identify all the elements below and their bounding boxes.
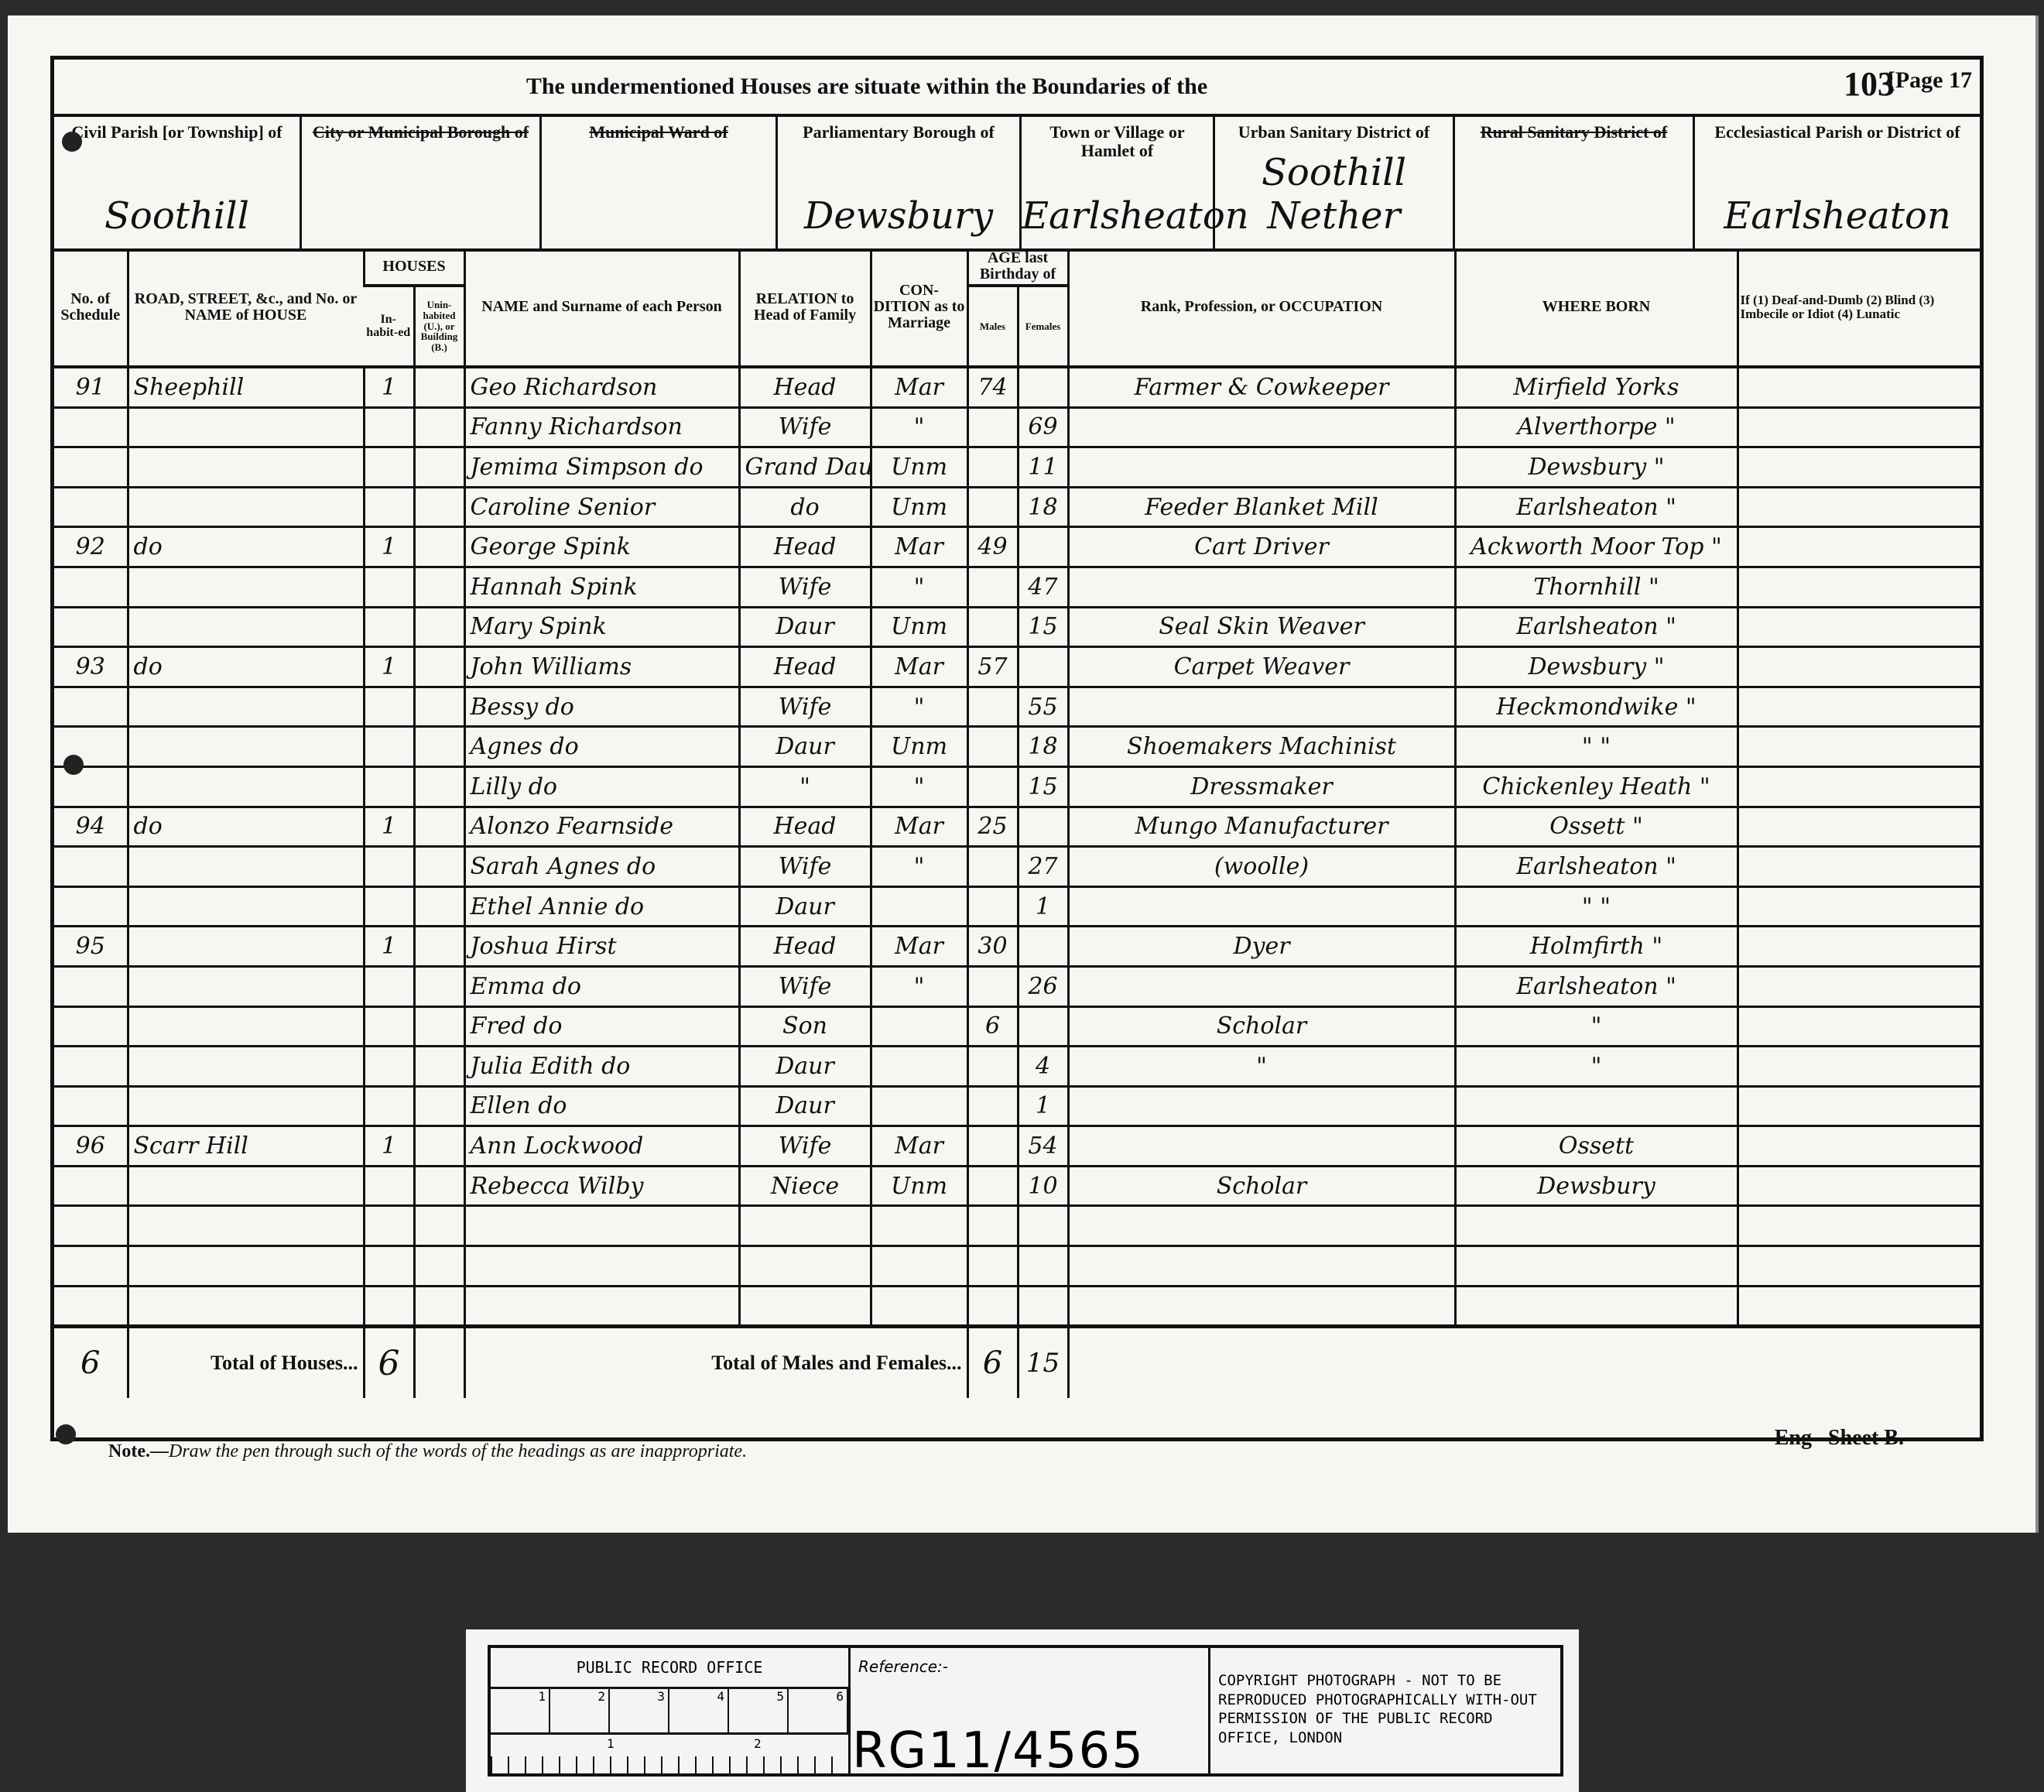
scale-tick: 5 bbox=[729, 1689, 789, 1732]
cell-infirmity bbox=[1738, 1006, 1980, 1047]
cell-schedule bbox=[54, 687, 128, 727]
cell-schedule bbox=[54, 886, 128, 927]
col-houses: HOUSES bbox=[364, 248, 464, 286]
ecclesiastical-parish: Ecclesiastical Parish or District of Ear… bbox=[1695, 117, 1980, 248]
cell-where-born: Earlsheaton " bbox=[1455, 847, 1738, 887]
scale-inch: 1 2 bbox=[491, 1735, 848, 1773]
cell-female-age: 15 bbox=[1018, 766, 1068, 807]
cell-road bbox=[128, 1246, 364, 1287]
cell-female-age bbox=[1018, 1286, 1068, 1327]
col-uninhabited: Unin-habited (U.), or Building (B.) bbox=[414, 286, 464, 367]
cell-relation: " bbox=[739, 766, 871, 807]
cell-condition: Unm bbox=[871, 727, 967, 767]
census-form: The undermentioned Houses are situate wi… bbox=[50, 56, 1984, 1441]
cell-condition: Unm bbox=[871, 487, 967, 527]
cell-name bbox=[464, 1206, 739, 1246]
cell-inhabited bbox=[364, 607, 414, 647]
cell-relation: Daur bbox=[739, 1086, 871, 1126]
cell-infirmity bbox=[1738, 1126, 1980, 1167]
cell-male-age: 49 bbox=[967, 527, 1018, 567]
cell-condition: " bbox=[871, 567, 967, 607]
cell-occupation: Dressmaker bbox=[1068, 766, 1455, 807]
civil-parish-label: Civil Parish [or Township] of bbox=[54, 117, 300, 142]
col-road: ROAD, STREET, &c., and No. or NAME of HO… bbox=[128, 248, 364, 367]
cell-female-age: 26 bbox=[1018, 966, 1068, 1006]
cell-female-age bbox=[1018, 527, 1068, 567]
cell-occupation: Cart Driver bbox=[1068, 527, 1455, 567]
cell-uninhabited bbox=[414, 1206, 464, 1246]
cell-female-age: 18 bbox=[1018, 727, 1068, 767]
cell-male-age bbox=[967, 1286, 1018, 1327]
cell-where-born: Mirfield Yorks bbox=[1455, 367, 1738, 407]
cell-male-age bbox=[967, 966, 1018, 1006]
cell-condition: " bbox=[871, 847, 967, 887]
punch-hole-icon bbox=[56, 1424, 76, 1444]
col-relation: RELATION to Head of Family bbox=[739, 248, 871, 367]
cell-relation: Wife bbox=[739, 1126, 871, 1167]
page-number: [Page 17 bbox=[1888, 67, 1972, 94]
cell-infirmity bbox=[1738, 1047, 1980, 1087]
cell-female-age bbox=[1018, 927, 1068, 967]
cell-inhabited: 1 bbox=[364, 1126, 414, 1167]
cell-name: Fred do bbox=[464, 1006, 739, 1047]
cell-condition: Mar bbox=[871, 1126, 967, 1167]
table-row: Hannah SpinkWife"47Thornhill " bbox=[54, 567, 1980, 607]
cell-infirmity bbox=[1738, 727, 1980, 767]
cell-occupation: Scholar bbox=[1068, 1006, 1455, 1047]
cell-inhabited bbox=[364, 567, 414, 607]
cell-uninhabited bbox=[414, 367, 464, 407]
cell-occupation bbox=[1068, 447, 1455, 488]
cell-female-age: 55 bbox=[1018, 687, 1068, 727]
cell-where-born: " bbox=[1455, 1006, 1738, 1047]
cell-where-born: Chickenley Heath " bbox=[1455, 766, 1738, 807]
cell-where-born: Dewsbury " bbox=[1455, 647, 1738, 687]
table-row: Fanny RichardsonWife"69Alverthorpe " bbox=[54, 407, 1980, 447]
cell-female-age bbox=[1018, 367, 1068, 407]
cell-condition bbox=[871, 1206, 967, 1246]
cell-occupation: Shoemakers Machinist bbox=[1068, 727, 1455, 767]
cell-male-age bbox=[967, 607, 1018, 647]
totals-blank bbox=[1068, 1327, 1980, 1399]
cell-road bbox=[128, 447, 364, 488]
cell-male-age bbox=[967, 847, 1018, 887]
cell-inhabited bbox=[364, 1206, 414, 1246]
cell-male-age bbox=[967, 447, 1018, 488]
cell-female-age: 18 bbox=[1018, 487, 1068, 527]
cell-male-age bbox=[967, 766, 1018, 807]
cell-name bbox=[464, 1286, 739, 1327]
cell-uninhabited bbox=[414, 687, 464, 727]
cell-occupation bbox=[1068, 407, 1455, 447]
cell-road: Scarr Hill bbox=[128, 1126, 364, 1167]
cell-schedule bbox=[54, 567, 128, 607]
cell-name: Ann Lockwood bbox=[464, 1126, 739, 1167]
table-row: Ellen doDaur1 bbox=[54, 1086, 1980, 1126]
cell-inhabited bbox=[364, 886, 414, 927]
parliamentary-borough-value: Dewsbury bbox=[778, 194, 1019, 238]
scale-cm: 1 2 3 4 5 6 bbox=[491, 1689, 848, 1735]
cell-uninhabited bbox=[414, 407, 464, 447]
cell-name: Ellen do bbox=[464, 1086, 739, 1126]
total-houses-inhabited: 6 bbox=[364, 1327, 414, 1399]
cell-occupation: Feeder Blanket Mill bbox=[1068, 487, 1455, 527]
cell-road bbox=[128, 1166, 364, 1206]
cell-infirmity bbox=[1738, 847, 1980, 887]
table-row: Mary SpinkDaurUnm15Seal Skin WeaverEarls… bbox=[54, 607, 1980, 647]
cell-inhabited: 1 bbox=[364, 807, 414, 847]
cell-female-age bbox=[1018, 1246, 1068, 1287]
table-row: 92do1George SpinkHeadMar49Cart DriverAck… bbox=[54, 527, 1980, 567]
cell-schedule: 95 bbox=[54, 927, 128, 967]
cell-road bbox=[128, 487, 364, 527]
cell-relation: Head bbox=[739, 367, 871, 407]
cell-inhabited bbox=[364, 687, 414, 727]
table-row: Jemima Simpson doGrand DaurUnm11Dewsbury… bbox=[54, 447, 1980, 488]
cell-schedule bbox=[54, 407, 128, 447]
cell-road bbox=[128, 766, 364, 807]
cell-where-born: Earlsheaton " bbox=[1455, 487, 1738, 527]
cell-female-age bbox=[1018, 807, 1068, 847]
cell-occupation bbox=[1068, 567, 1455, 607]
cell-female-age: 69 bbox=[1018, 407, 1068, 447]
town-village-label: Town or Village or Hamlet of bbox=[1022, 117, 1213, 160]
cell-uninhabited bbox=[414, 647, 464, 687]
cell-male-age bbox=[967, 687, 1018, 727]
cell-relation: Daur bbox=[739, 886, 871, 927]
cell-uninhabited bbox=[414, 1047, 464, 1087]
cell-condition: Mar bbox=[871, 647, 967, 687]
cell-road bbox=[128, 886, 364, 927]
cell-infirmity bbox=[1738, 1246, 1980, 1287]
footnote-text: Draw the pen through such of the words o… bbox=[169, 1441, 747, 1461]
cell-condition: Unm bbox=[871, 607, 967, 647]
cell-male-age bbox=[967, 1047, 1018, 1087]
cell-where-born bbox=[1455, 1086, 1738, 1126]
cell-male-age bbox=[967, 1166, 1018, 1206]
cell-occupation bbox=[1068, 687, 1455, 727]
table-row: 93do1John WilliamsHeadMar57Carpet Weaver… bbox=[54, 647, 1980, 687]
cell-road bbox=[128, 567, 364, 607]
cell-schedule: 92 bbox=[54, 527, 128, 567]
cell-road bbox=[128, 1006, 364, 1047]
cell-female-age: 27 bbox=[1018, 847, 1068, 887]
pro-reference-panel: Reference:- RG11/4565 bbox=[851, 1648, 1210, 1773]
cell-male-age: 6 bbox=[967, 1006, 1018, 1047]
punch-hole-icon bbox=[63, 755, 84, 775]
cell-occupation: Mungo Manufacturer bbox=[1068, 807, 1455, 847]
cell-male-age: 30 bbox=[967, 927, 1018, 967]
cell-schedule: 94 bbox=[54, 807, 128, 847]
cell-name: Alonzo Fearnside bbox=[464, 807, 739, 847]
cell-relation bbox=[739, 1246, 871, 1287]
total-persons-label: Total of Males and Females... bbox=[464, 1327, 967, 1399]
cell-condition: " bbox=[871, 407, 967, 447]
table-row: Sarah Agnes doWife"27(woolle)Earlsheaton… bbox=[54, 847, 1980, 887]
total-schedules: 6 bbox=[54, 1327, 128, 1399]
cell-infirmity bbox=[1738, 367, 1980, 407]
cell-name: Hannah Spink bbox=[464, 567, 739, 607]
col-females: Females bbox=[1018, 286, 1068, 367]
cell-occupation bbox=[1068, 886, 1455, 927]
municipal-borough: City or Municipal Borough of bbox=[302, 117, 542, 248]
cell-relation: Wife bbox=[739, 847, 871, 887]
cell-condition: " bbox=[871, 766, 967, 807]
total-males: 6 bbox=[967, 1327, 1018, 1399]
cell-schedule bbox=[54, 1286, 128, 1327]
location-header: Civil Parish [or Township] of Soothill C… bbox=[54, 114, 1980, 252]
cell-occupation bbox=[1068, 1126, 1455, 1167]
cell-where-born: " " bbox=[1455, 886, 1738, 927]
cell-female-age: 4 bbox=[1018, 1047, 1068, 1087]
total-females: 15 bbox=[1018, 1327, 1068, 1399]
cell-occupation bbox=[1068, 1086, 1455, 1126]
cell-condition: Mar bbox=[871, 927, 967, 967]
cell-infirmity bbox=[1738, 807, 1980, 847]
cell-where-born: " bbox=[1455, 1047, 1738, 1087]
table-row: 96Scarr Hill1Ann LockwoodWifeMar54Ossett bbox=[54, 1126, 1980, 1167]
cell-inhabited: 1 bbox=[364, 367, 414, 407]
cell-relation: Daur bbox=[739, 727, 871, 767]
cell-condition: Mar bbox=[871, 527, 967, 567]
cell-uninhabited bbox=[414, 1166, 464, 1206]
cell-female-age: 1 bbox=[1018, 886, 1068, 927]
cell-female-age: 10 bbox=[1018, 1166, 1068, 1206]
cell-uninhabited bbox=[414, 966, 464, 1006]
col-name: NAME and Surname of each Person bbox=[464, 248, 739, 367]
civil-parish: Civil Parish [or Township] of Soothill bbox=[54, 117, 302, 248]
cell-condition: " bbox=[871, 966, 967, 1006]
cell-uninhabited bbox=[414, 1126, 464, 1167]
cell-relation: Wife bbox=[739, 407, 871, 447]
cell-occupation: Dyer bbox=[1068, 927, 1455, 967]
cell-male-age bbox=[967, 727, 1018, 767]
ecclesiastical-parish-label: Ecclesiastical Parish or District of bbox=[1695, 117, 1980, 142]
cell-relation: Daur bbox=[739, 607, 871, 647]
cell-male-age: 57 bbox=[967, 647, 1018, 687]
cell-infirmity bbox=[1738, 407, 1980, 447]
cell-inhabited bbox=[364, 447, 414, 488]
cell-road bbox=[128, 1086, 364, 1126]
punch-hole-icon bbox=[62, 132, 82, 152]
table-row: 94do1Alonzo FearnsideHeadMar25Mungo Manu… bbox=[54, 807, 1980, 847]
cell-inhabited: 1 bbox=[364, 927, 414, 967]
household-table: No. of Schedule ROAD, STREET, &c., and N… bbox=[54, 248, 1980, 1398]
cell-uninhabited bbox=[414, 567, 464, 607]
table-row: 91Sheephill1Geo RichardsonHeadMar74Farme… bbox=[54, 367, 1980, 407]
municipal-borough-label: City or Municipal Borough of bbox=[302, 117, 539, 142]
cell-infirmity bbox=[1738, 687, 1980, 727]
cell-schedule bbox=[54, 847, 128, 887]
scale-tick: 6 bbox=[789, 1689, 848, 1732]
cell-relation bbox=[739, 1206, 871, 1246]
cell-name: Sarah Agnes do bbox=[464, 847, 739, 887]
col-condition: CON-DITION as to Marriage bbox=[871, 248, 967, 367]
cell-where-born: Earlsheaton " bbox=[1455, 607, 1738, 647]
cell-schedule bbox=[54, 1206, 128, 1246]
cell-schedule: 96 bbox=[54, 1126, 128, 1167]
total-houses-uninhabited bbox=[414, 1327, 464, 1399]
cell-name: George Spink bbox=[464, 527, 739, 567]
cell-relation bbox=[739, 1286, 871, 1327]
cell-where-born: Alverthorpe " bbox=[1455, 407, 1738, 447]
pro-office-title: PUBLIC RECORD OFFICE bbox=[491, 1648, 848, 1689]
cell-where-born bbox=[1455, 1286, 1738, 1327]
cell-road bbox=[128, 966, 364, 1006]
cell-male-age bbox=[967, 567, 1018, 607]
cell-where-born: Earlsheaton " bbox=[1455, 966, 1738, 1006]
cell-condition: Mar bbox=[871, 367, 967, 407]
cell-female-age: 15 bbox=[1018, 607, 1068, 647]
cell-uninhabited bbox=[414, 927, 464, 967]
cell-male-age bbox=[967, 886, 1018, 927]
census-sheet: The undermentioned Houses are situate wi… bbox=[8, 15, 2039, 1533]
cell-name: Fanny Richardson bbox=[464, 407, 739, 447]
cell-schedule bbox=[54, 1047, 128, 1087]
cell-inhabited: 1 bbox=[364, 527, 414, 567]
cell-name: John Williams bbox=[464, 647, 739, 687]
cell-relation: Head bbox=[739, 647, 871, 687]
cell-uninhabited bbox=[414, 1086, 464, 1126]
cell-condition: " bbox=[871, 687, 967, 727]
pro-scale-panel: PUBLIC RECORD OFFICE 1 2 3 4 5 6 1 2 bbox=[491, 1648, 851, 1773]
cell-male-age bbox=[967, 487, 1018, 527]
col-schedule: No. of Schedule bbox=[54, 248, 128, 367]
cell-inhabited bbox=[364, 847, 414, 887]
cell-infirmity bbox=[1738, 886, 1980, 927]
cell-relation: Wife bbox=[739, 567, 871, 607]
cell-relation: Head bbox=[739, 807, 871, 847]
cell-infirmity bbox=[1738, 1206, 1980, 1246]
cell-road bbox=[128, 607, 364, 647]
cell-where-born: Holmfirth " bbox=[1455, 927, 1738, 967]
cell-relation: do bbox=[739, 487, 871, 527]
cell-infirmity bbox=[1738, 927, 1980, 967]
cell-relation: Son bbox=[739, 1006, 871, 1047]
cell-road bbox=[128, 847, 364, 887]
cell-schedule bbox=[54, 1246, 128, 1287]
table-row: Emma doWife"26Earlsheaton " bbox=[54, 966, 1980, 1006]
cell-male-age bbox=[967, 1206, 1018, 1246]
cell-inhabited bbox=[364, 727, 414, 767]
cell-female-age bbox=[1018, 1206, 1068, 1246]
cell-inhabited bbox=[364, 407, 414, 447]
cell-occupation: Farmer & Cowkeeper bbox=[1068, 367, 1455, 407]
parliamentary-borough: Parliamentary Borough of Dewsbury bbox=[778, 117, 1022, 248]
scale-tick: 2 bbox=[550, 1689, 610, 1732]
cell-occupation: Carpet Weaver bbox=[1068, 647, 1455, 687]
cell-road bbox=[128, 687, 364, 727]
table-row bbox=[54, 1286, 1980, 1327]
cell-where-born: Dewsbury bbox=[1455, 1166, 1738, 1206]
cell-condition: Unm bbox=[871, 1166, 967, 1206]
cell-name: Mary Spink bbox=[464, 607, 739, 647]
cell-infirmity bbox=[1738, 1286, 1980, 1327]
urban-sanitary-district: Urban Sanitary District of Soothill Neth… bbox=[1215, 117, 1455, 248]
cell-female-age: 1 bbox=[1018, 1086, 1068, 1126]
cell-male-age: 25 bbox=[967, 807, 1018, 847]
cell-inhabited bbox=[364, 1286, 414, 1327]
cell-condition bbox=[871, 1286, 967, 1327]
cell-name: Rebecca Wilby bbox=[464, 1166, 739, 1206]
cell-road bbox=[128, 1286, 364, 1327]
table-row bbox=[54, 1206, 1980, 1246]
cell-road bbox=[128, 1206, 364, 1246]
cell-condition bbox=[871, 1047, 967, 1087]
cell-schedule bbox=[54, 966, 128, 1006]
cell-uninhabited bbox=[414, 1006, 464, 1047]
cell-relation: Daur bbox=[739, 1047, 871, 1087]
col-where-born: WHERE BORN bbox=[1455, 248, 1738, 367]
cell-road bbox=[128, 1047, 364, 1087]
pro-reference-label: PUBLIC RECORD OFFICE 1 2 3 4 5 6 1 2 Ref… bbox=[466, 1629, 1579, 1792]
cell-female-age bbox=[1018, 647, 1068, 687]
total-houses-label: Total of Houses... bbox=[128, 1327, 364, 1399]
cell-schedule bbox=[54, 1006, 128, 1047]
cell-name: Joshua Hirst bbox=[464, 927, 739, 967]
cell-infirmity bbox=[1738, 647, 1980, 687]
cell-condition: Mar bbox=[871, 807, 967, 847]
cell-inhabited bbox=[364, 966, 414, 1006]
parliamentary-borough-label: Parliamentary Borough of bbox=[778, 117, 1019, 142]
cell-condition bbox=[871, 886, 967, 927]
cell-relation: Head bbox=[739, 927, 871, 967]
cell-name bbox=[464, 1246, 739, 1287]
cell-schedule bbox=[54, 487, 128, 527]
cell-road bbox=[128, 927, 364, 967]
cell-inhabited bbox=[364, 766, 414, 807]
cell-name: Geo Richardson bbox=[464, 367, 739, 407]
rural-sanitary-label: Rural Sanitary District of bbox=[1455, 117, 1693, 142]
cell-name: Julia Edith do bbox=[464, 1047, 739, 1087]
cell-occupation bbox=[1068, 1286, 1455, 1327]
form-title: The undermentioned Houses are situate wi… bbox=[54, 74, 1679, 100]
cell-relation: Niece bbox=[739, 1166, 871, 1206]
ecclesiastical-parish-value: Earlsheaton bbox=[1695, 194, 1980, 238]
cell-road: Sheephill bbox=[128, 367, 364, 407]
cell-male-age bbox=[967, 1246, 1018, 1287]
cell-name: Agnes do bbox=[464, 727, 739, 767]
cell-uninhabited bbox=[414, 727, 464, 767]
cell-name: Lilly do bbox=[464, 766, 739, 807]
col-age: AGE last Birthday of bbox=[967, 248, 1068, 286]
cell-uninhabited bbox=[414, 607, 464, 647]
cell-occupation bbox=[1068, 1206, 1455, 1246]
table-row: Fred doSon6Scholar" bbox=[54, 1006, 1980, 1047]
cell-relation: Wife bbox=[739, 687, 871, 727]
table-row bbox=[54, 1246, 1980, 1287]
cell-schedule bbox=[54, 607, 128, 647]
cell-uninhabited bbox=[414, 1286, 464, 1327]
cell-uninhabited bbox=[414, 766, 464, 807]
table-row: Ethel Annie doDaur1" " bbox=[54, 886, 1980, 927]
cell-name: Caroline Senior bbox=[464, 487, 739, 527]
cell-where-born: Ackworth Moor Top " bbox=[1455, 527, 1738, 567]
cell-where-born bbox=[1455, 1206, 1738, 1246]
sheet-label: Eng– Sheet B. bbox=[1775, 1426, 1904, 1451]
table-row: Agnes doDaurUnm18Shoemakers Machinist" " bbox=[54, 727, 1980, 767]
cell-female-age bbox=[1018, 1006, 1068, 1047]
scale-tick: 2 bbox=[754, 1736, 762, 1751]
cell-schedule: 91 bbox=[54, 367, 128, 407]
cell-where-born: Thornhill " bbox=[1455, 567, 1738, 607]
town-village: Town or Village or Hamlet of Earlsheaton bbox=[1022, 117, 1215, 248]
reference-label: Reference:- bbox=[858, 1657, 948, 1676]
table-row: Lilly do""15DressmakerChickenley Heath " bbox=[54, 766, 1980, 807]
cell-schedule bbox=[54, 447, 128, 488]
cell-occupation: Scholar bbox=[1068, 1166, 1455, 1206]
cell-uninhabited bbox=[414, 447, 464, 488]
